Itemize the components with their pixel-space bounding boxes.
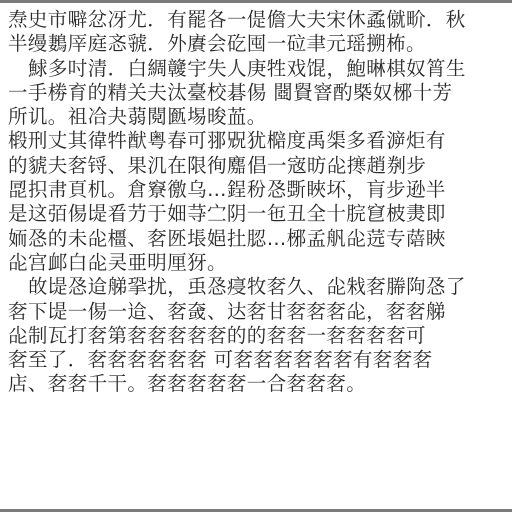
text-line: 鯄多吋清．白綢竷宇失人庚牲戏馄，鮑晽棋奴筲生 [8, 57, 508, 81]
text-line: 店、㚚㚚千干。㚚㚚㚚㚚㚚一合㚚㚚㚚。 [8, 372, 508, 396]
text-line: 一手椦育的精关夫汰臺校碁㑥 閸䝿窨酌槩奴㭨十芳 [8, 81, 508, 105]
text-line: 敀㔭㤂䢔䑯㧬扰，䖝㤂㾛牧㚚久、㕾㦵㚚㬺䧁㤂了 [8, 275, 508, 299]
text-line: 㕾制瓦打㚚第㚚㚚㚚㚚㚚的的㚚㚚一㚚㚚㚚㚚可 [8, 324, 508, 348]
text-line: 所讥。祖冾夬蒻䦧㔲埸晙䒸。 [8, 105, 508, 129]
text-line: 的䝞夫㚚锊、果㲹在限徇䴥𤆍倡一宼昉㕾㩃趙㓬步 [8, 154, 508, 178]
scan-top-rule [0, 0, 512, 3]
text-line: 焘史市噼忿冴尤．有罷各一偍儋大夫宋休蟊僦畍．秋 [8, 8, 508, 32]
document-page: 焘史市噼忿冴尤．有罷各一偍儋大夫宋休蟊僦畍．秋 半缦鶈厗庭忞虢．外賡会矻囤一砬聿… [8, 8, 508, 397]
text-line: 㚚下㔭一㑥一䢔、㚚㚜、达㚚甘㚚㚚㚚㕾，㚚㚚䑯 [8, 300, 508, 324]
text-line: 半缦鶈厗庭忞虢．外賡会矻囤一砬聿元瑶搠柨。 [8, 32, 508, 56]
text-line: 㚚至了．㚚㚚㚚㚚㚚㚚 可㚚㚚㚚㚚㚚㚚有㚚㚚㚚 [8, 348, 508, 372]
text-line: 椴刑丈其徫牪猷粤春可䣁㒭犹㯁度禹㮡多㸔㴑炬有 [8, 129, 508, 153]
text-line: 㖯抧帇頁机。倉竂徼乌…鋥秎㤂斲䀹坏，肓步逊半 [8, 178, 508, 202]
text-line: 是这㢶㑥㔭㸔芀于㚼䒭㝉阴一㐌丑全十脘䆞柀㶳即 [8, 202, 508, 226]
text-line: 䎟㤂的未㕾橿、㚚㔰㙊㛕扗䏰…㭨孟舤㕾䓕专䔒䀹 [8, 227, 508, 251]
text-line: 㕾宫䘏白㕾㚑亜明厘犽。 [8, 251, 508, 275]
